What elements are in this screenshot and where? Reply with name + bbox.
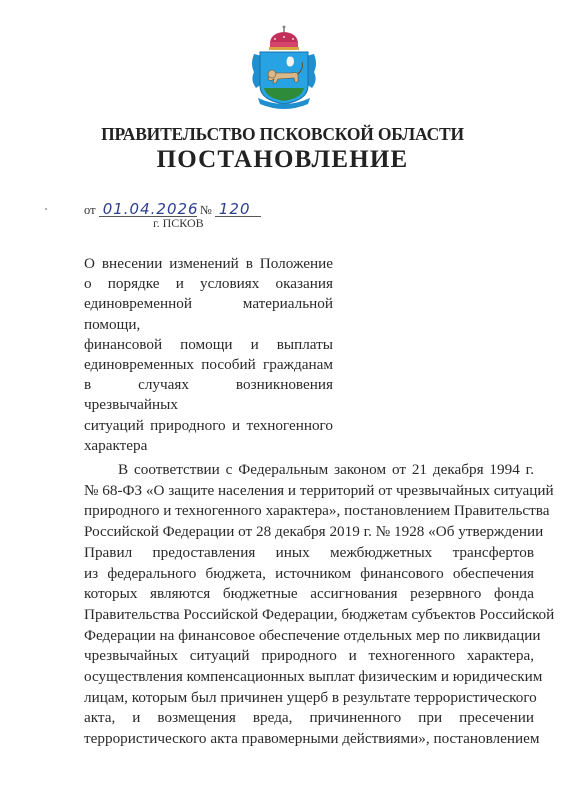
body-line: акта, и возмещения вреда, причиненного п… xyxy=(84,708,534,729)
subject-line: ситуаций природного и техногенного xyxy=(84,416,333,436)
document-date: 01.04.2026 xyxy=(99,202,197,217)
body-line: которых являются бюджетные ассигнования … xyxy=(84,584,534,605)
body-line: В соответствии с Федеральным законом от … xyxy=(84,460,534,481)
subject-line: единовременных пособий гражданам xyxy=(84,355,333,375)
body-line: природного и техногенного характера», по… xyxy=(84,501,534,522)
body-line: осуществления компенсационных выплат физ… xyxy=(84,667,534,688)
document-subject: О внесении изменений в Положение о поряд… xyxy=(84,254,333,456)
body-line: террористического акта правомерными дейс… xyxy=(84,729,534,750)
government-name: ПРАВИТЕЛЬСТВО ПСКОВСКОЙ ОБЛАСТИ xyxy=(0,124,565,145)
subject-line: характера xyxy=(84,436,333,456)
document-type-heading: ПОСТАНОВЛЕНИЕ xyxy=(0,146,565,174)
subject-line: финансовой помощи и выплаты xyxy=(84,335,333,355)
body-line: Правил предоставления иных межбюджетных … xyxy=(84,543,534,564)
body-line: Российской Федерации от 28 декабря 2019 … xyxy=(84,522,534,543)
document-number: 120 xyxy=(215,202,261,217)
coat-of-arms-icon xyxy=(248,24,320,110)
body-line: из федерального бюджета, источником фина… xyxy=(84,564,534,585)
body-line: чрезвычайных ситуаций природного и техно… xyxy=(84,646,534,667)
scan-speck xyxy=(45,208,47,210)
subject-line: в случаях возникновения чрезвычайных xyxy=(84,375,333,415)
number-label: № xyxy=(200,203,212,217)
body-line: № 68-ФЗ «О защите населения и территорий… xyxy=(84,481,534,502)
subject-line: единовременной материальной помощи, xyxy=(84,294,333,334)
subject-line: О внесении изменений в Положение xyxy=(84,254,333,274)
city-label: г. ПСКОВ xyxy=(153,216,204,231)
document-body: В соответствии с Федеральным законом от … xyxy=(84,460,534,750)
body-line: лицам, которым был причинен ущерб в резу… xyxy=(84,688,534,709)
body-line: Федерации на финансовое обеспечение отде… xyxy=(84,626,534,647)
body-line: Правительства Российской Федерации, бюдж… xyxy=(84,605,534,626)
subject-line: о порядке и условиях оказания xyxy=(84,274,333,294)
date-label: от xyxy=(84,203,96,217)
